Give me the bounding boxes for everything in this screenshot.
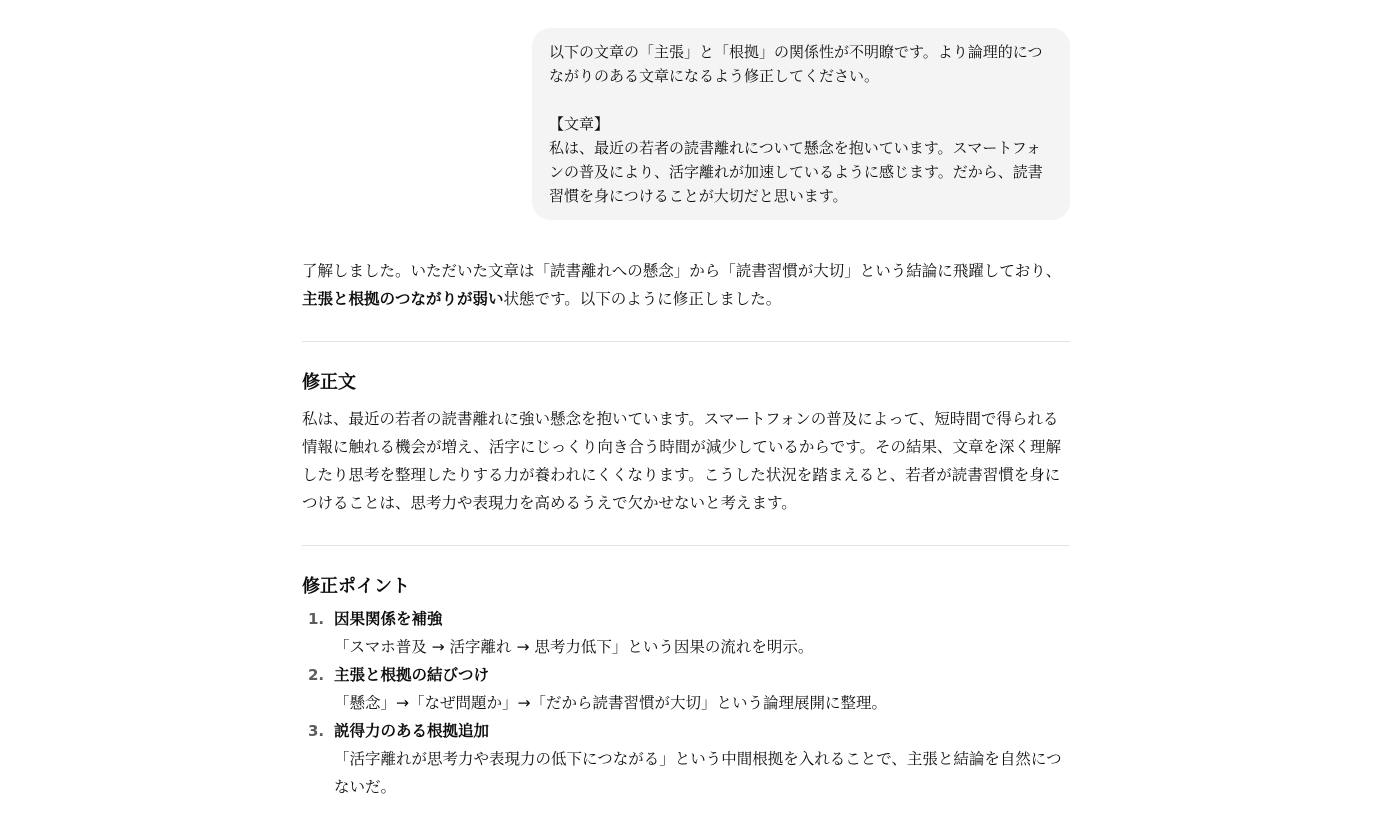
point-number: 3.	[308, 717, 324, 745]
intro-text-end: 状態です。以下のように修正しました。	[504, 290, 782, 308]
point-item: 1. 因果関係を補強 「スマホ普及 → 活字離れ → 思考力低下」という因果の流…	[302, 605, 1070, 661]
section-divider	[302, 341, 1070, 342]
intro-emphasis: 主張と根拠のつながりが弱い	[302, 290, 504, 308]
point-title: 因果関係を補強	[334, 605, 1070, 633]
points-heading: 修正ポイント	[302, 573, 1070, 601]
revised-body: 私は、最近の若者の読書離れに強い懸念を抱いています。スマートフォンの普及によって…	[302, 405, 1070, 517]
point-desc: 「活字離れが思考力や表現力の低下につながる」という中間根拠を入れることで、主張と…	[334, 745, 1070, 801]
assistant-message: 了解しました。いただいた文章は「読書離れへの懸念」から「読書習慣が大切」という結…	[302, 257, 1070, 801]
section-divider	[302, 545, 1070, 546]
point-item: 2. 主張と根拠の結びつけ 「懸念」→「なぜ問題か」→「だから読書習慣が大切」と…	[302, 661, 1070, 717]
point-title: 説得力のある根拠追加	[334, 717, 1070, 745]
points-list: 1. 因果関係を補強 「スマホ普及 → 活字離れ → 思考力低下」という因果の流…	[302, 605, 1070, 801]
user-message-bubble: 以下の文章の「主張」と「根拠」の関係性が不明瞭です。より論理的につながりのある文…	[532, 28, 1070, 220]
revised-heading: 修正文	[302, 369, 1070, 397]
point-item: 3. 説得力のある根拠追加 「活字離れが思考力や表現力の低下につながる」という中…	[302, 717, 1070, 801]
point-desc: 「懸念」→「なぜ問題か」→「だから読書習慣が大切」という論理展開に整理。	[334, 689, 1070, 717]
point-desc: 「スマホ普及 → 活字離れ → 思考力低下」という因果の流れを明示。	[334, 633, 1070, 661]
intro-text: 了解しました。いただいた文章は「読書離れへの懸念」から「読書習慣が大切」という結…	[302, 262, 1061, 280]
point-number: 1.	[308, 605, 324, 633]
chat-thread: 以下の文章の「主張」と「根拠」の関係性が不明瞭です。より論理的につながりのある文…	[302, 0, 1070, 801]
assistant-intro: 了解しました。いただいた文章は「読書離れへの懸念」から「読書習慣が大切」という結…	[302, 257, 1070, 313]
user-message-row: 以下の文章の「主張」と「根拠」の関係性が不明瞭です。より論理的につながりのある文…	[302, 28, 1070, 220]
point-number: 2.	[308, 661, 324, 689]
point-title: 主張と根拠の結びつけ	[334, 661, 1070, 689]
